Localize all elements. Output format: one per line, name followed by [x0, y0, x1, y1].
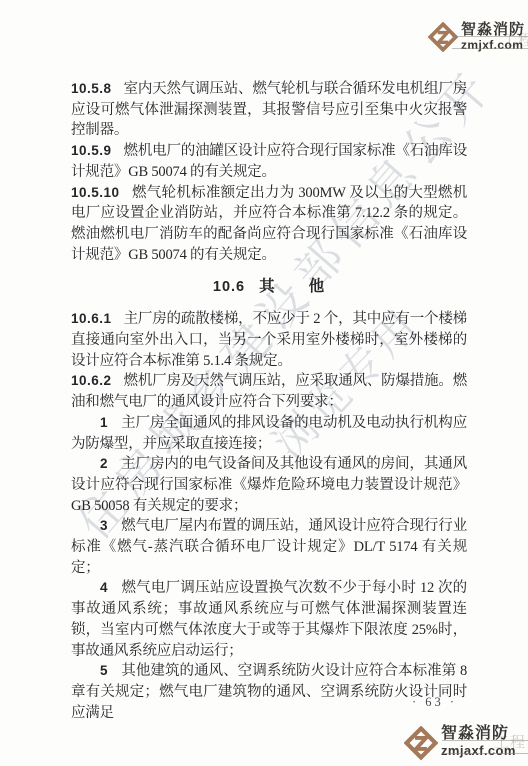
- item-number: 1: [100, 415, 108, 430]
- document-page: { "watermark": { "line1": "住房城乡建设部信息公开",…: [0, 0, 528, 766]
- zhimiao-diamond-logo-icon: [428, 22, 458, 57]
- list-item-5: 5其他建筑的通风、空调系统防火设计应符合本标准第 8 章有关规定；燃气电厂建筑物…: [71, 661, 467, 723]
- section-number: 10.6: [213, 279, 245, 295]
- brand-stamp-top-right: 智淼消防 zmjxf.com: [428, 22, 525, 57]
- item-text: 其他建筑的通风、空调系统防火设计应符合本标准第 8 章有关规定；燃气电厂建筑物的…: [71, 663, 467, 720]
- item-number: 4: [100, 580, 108, 595]
- clause-10-6-2: 10.6.2燃机厂房及天然气调压站，应采取通风、防爆措施。燃油和燃气电厂的通风设…: [71, 371, 467, 412]
- list-item-4: 4燃气电厂调压站应设置换气次数不少于每小时 12 次的事故通风系统；事故通风系统…: [71, 578, 467, 661]
- item-number: 3: [100, 518, 108, 533]
- stamp-strike-line: [452, 48, 528, 49]
- clause-10-6-1: 10.6.1主厂房的疏散楼梯，不应少于 2 个，其中应有一个楼梯直接通向室外出入…: [71, 309, 467, 371]
- stamp-strike-line: [442, 753, 528, 754]
- clause-number: 10.6.1: [71, 311, 112, 326]
- clause-10-5-10: 10.5.10燃气轮机标准额定出力为 300MW 及以上的大型燃机电厂应设置企业…: [71, 183, 467, 266]
- clause-number: 10.6.2: [71, 373, 112, 388]
- item-text: 主厂房内的电气设备间及其他设有通风的房间，其通风设计应符合现行国家标准《爆炸危险…: [71, 456, 467, 513]
- section-title: 其 他: [259, 278, 325, 295]
- page-number: · 63 ·: [412, 695, 457, 710]
- section-heading-10-6: 10.6其 他: [71, 276, 467, 298]
- brand-stamp-bottom-right: 智淼消防 zmjaxf.com: [404, 726, 516, 765]
- list-item-3: 3燃气电厂屋内布置的调压站，通风设计应符合现行行业标准《燃气-蒸汽联合循环电厂设…: [71, 516, 467, 578]
- item-text: 燃气电厂屋内布置的调压站，通风设计应符合现行行业标准《燃气-蒸汽联合循环电厂设计…: [71, 518, 467, 575]
- clause-text: 燃气轮机标准额定出力为 300MW 及以上的大型燃机电厂应设置企业消防站，并应符…: [71, 185, 467, 263]
- brand-url: zmjaxf.com: [441, 744, 516, 758]
- clause-10-5-9: 10.5.9燃机电厂的油罐区设计应符合现行国家标准《石油库设计规范》GB 500…: [71, 141, 467, 182]
- brand-url: zmjxf.com: [461, 39, 525, 52]
- item-number: 2: [100, 456, 108, 471]
- clause-10-5-8: 10.5.8室内天然气调压站、燃气轮机与联合循环发电机组厂房应设可燃气体泄漏探测…: [71, 79, 467, 141]
- clause-text: 室内天然气调压站、燃气轮机与联合循环发电机组厂房应设可燃气体泄漏探测装置，其报警…: [71, 81, 467, 138]
- stamp-strike-line: [442, 740, 528, 741]
- clause-text: 主厂房的疏散楼梯，不应少于 2 个，其中应有一个楼梯直接通向室外出入口，当另一个…: [71, 311, 467, 368]
- list-item-2: 2主厂房内的电气设备间及其他设有通风的房间，其通风设计应符合现行国家标准《爆炸危…: [71, 454, 467, 516]
- list-item-1: 1主厂房全面通风的排风设备的电动机及电动执行机构应为防爆型，并应采取直接连接；: [71, 413, 467, 454]
- clause-text: 燃机厂房及天然气调压站，应采取通风、防爆措施。燃油和燃气电厂的通风设计应符合下列…: [71, 373, 467, 410]
- clause-number: 10.5.9: [71, 143, 112, 158]
- zhimiao-diamond-logo-icon: [404, 726, 438, 765]
- clause-text: 燃机电厂的油罐区设计应符合现行国家标准《石油库设计规范》GB 50074 的有关…: [71, 143, 467, 180]
- item-text: 燃气电厂调压站应设置换气次数不少于每小时 12 次的事故通风系统；事故通风系统应…: [71, 580, 467, 658]
- item-number: 5: [100, 663, 108, 678]
- clause-number: 10.5.10: [71, 185, 120, 200]
- page-body: 10.5.8室内天然气调压站、燃气轮机与联合循环发电机组厂房应设可燃气体泄漏探测…: [71, 79, 467, 723]
- item-text: 主厂房全面通风的排风设备的电动机及电动执行机构应为防爆型，并应采取直接连接；: [71, 415, 467, 452]
- stamp-strike-line: [452, 36, 528, 37]
- clause-number: 10.5.8: [71, 81, 112, 96]
